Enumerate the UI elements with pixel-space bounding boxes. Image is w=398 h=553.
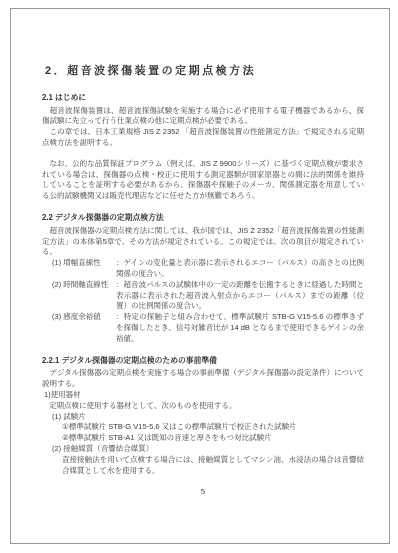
definition-description: ：特定の探触子と組み合わせて、標準試験片 STB-G V15-5.6 の標準きず… (116, 312, 364, 344)
section-2-1-heading: 2.1 はじめに (42, 93, 364, 104)
section-2-1-paragraph-1: 超音波探傷装置は、超音波探傷試験を実施する場合に必ず使用する電子機器であるから、… (42, 106, 364, 128)
definition-term: (1) 増幅直線性 (52, 258, 116, 280)
section-2-1-paragraph-2: この章では、日本工業規格 JIS Z 2352 「超音波探傷装置の性能測定方法」… (42, 127, 364, 149)
equipment-item-1-line-2: ②標準試験片 STB-A1 又は既知の音速と厚さをもつ対比試験片 (62, 433, 364, 444)
page-number: 5 (42, 487, 364, 498)
definition-term: (3) 感度余裕値 (52, 312, 116, 344)
definition-term: (2) 時間軸直線性 (52, 280, 116, 312)
equipment-item-2-label: (2) 接触媒質（音響結合媒質） (52, 444, 364, 455)
section-2-2-1-paragraph-1: デジタル探傷器の定期点検を実施する場合の事前準備（デジタル探傷器の設定条件）につ… (42, 368, 364, 390)
definition-item-1: (1) 増幅直線性 ：ゲインの変化量と表示器に表示されるエコー（パルス）の高さと… (42, 258, 364, 280)
definition-description: ：ゲインの変化量と表示器に表示されるエコー（パルス）の高さとの比例関係の度合い。 (116, 258, 364, 280)
document-page: 2．超音波探傷装置の定期点検方法 2.1 はじめに 超音波探傷装置は、超音波探傷… (10, 8, 390, 544)
section-2-1-paragraph-3: なお、公的な品質保証プログラム（例えば、JIS Z 9900シリーズ）に基づく定… (42, 159, 364, 202)
section-2-2-paragraph-1: 超音波探傷器の定期点検方法に関しては、我が国では、JIS Z 2352「超音波探… (42, 226, 364, 258)
chapter-title: 2．超音波探傷装置の定期点検方法 (45, 66, 364, 77)
equipment-item-1-label: (1) 試験片 (52, 412, 364, 423)
equipment-item-2-paragraph: 直接接触法を用いて点検する場合には、接触媒質としてマシン油、水浸法の場合は音響結… (62, 455, 364, 477)
subsection-1-heading: 1)使用器材 (44, 390, 364, 401)
definition-item-2: (2) 時間軸直線性 ：超音波パルスの試験体中の一定の距離を伝搬するときに経過し… (42, 280, 364, 312)
section-2-2-heading: 2.2 デジタル探傷器の定期点検方法 (42, 213, 364, 224)
definition-item-3: (3) 感度余裕値 ：特定の探触子と組み合わせて、標準試験片 STB-G V15… (42, 312, 364, 344)
page-content: 2．超音波探傷装置の定期点検方法 2.1 はじめに 超音波探傷装置は、超音波探傷… (11, 9, 389, 498)
subsection-1-intro: 定期点検に使用する器材として、次のものを使用する。 (49, 401, 364, 412)
definition-description: ：超音波パルスの試験体中の一定の距離を伝搬するときに経過した時間と表示器に表示さ… (116, 280, 364, 312)
section-2-2-1-heading: 2.2.1 デジタル探傷器の定期点検のための事前準備 (42, 356, 364, 367)
equipment-item-1-line-1: ①標準試験片 STB-G V15-5.6 又はこの標準試験片で校正された試験片 (62, 422, 364, 433)
